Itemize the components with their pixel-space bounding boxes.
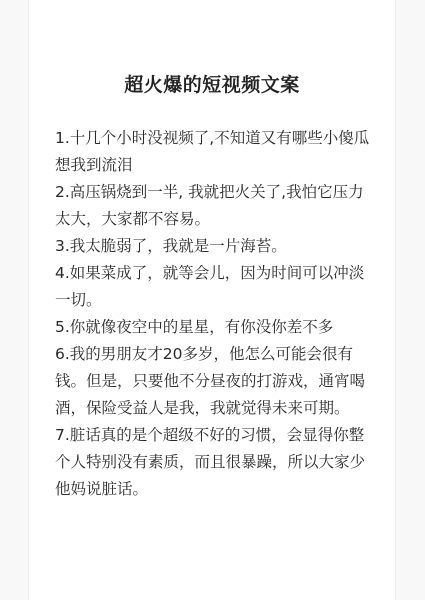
- list-item-4: 4.如果菜成了，就等会儿，因为时间可以冲淡一切。: [55, 260, 375, 314]
- list-item-7: 7.脏话真的是个超级不好的习惯，会显得你整个人特别没有素质，而且很暴躁，所以大家…: [55, 422, 375, 503]
- list-item-2: 2.高压锅烧到一半, 我就把火关了,我怕它压力太大，大家都不容易。: [55, 179, 375, 233]
- document-page: 超火爆的短视频文案 1.十几个小时没视频了,不知道又有哪些小傻瓜想我到流泪 2.…: [28, 0, 396, 600]
- document-body: 1.十几个小时没视频了,不知道又有哪些小傻瓜想我到流泪 2.高压锅烧到一半, 我…: [55, 125, 375, 503]
- list-item-3: 3.我太脆弱了，我就是一片海苔。: [55, 233, 375, 260]
- list-item-1: 1.十几个小时没视频了,不知道又有哪些小傻瓜想我到流泪: [55, 125, 375, 179]
- document-title: 超火爆的短视频文案: [29, 70, 395, 97]
- list-item-5: 5.你就像夜空中的星星，有你没你差不多: [55, 314, 375, 341]
- list-item-6: 6.我的男朋友才20多岁，他怎么可能会很有钱。但是，只要他不分昼夜的打游戏，通宵…: [55, 341, 375, 422]
